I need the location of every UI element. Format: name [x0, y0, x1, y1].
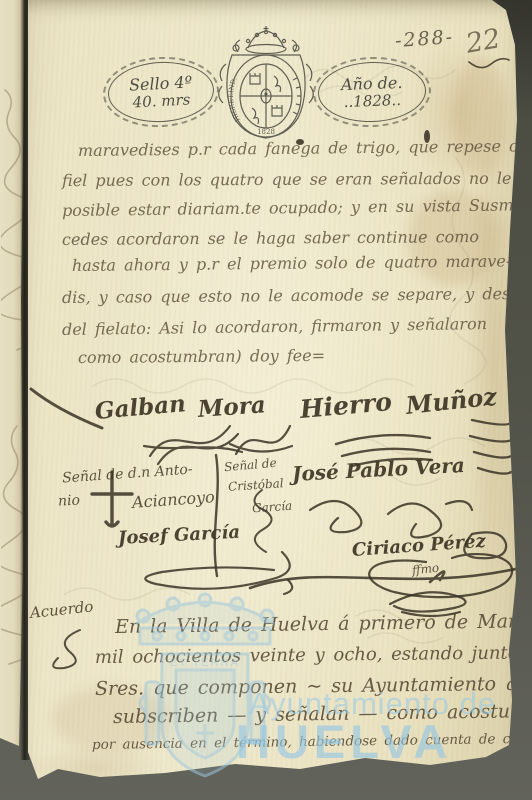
svg-text:HISP.ET.IND.: HISP.ET.IND. — [227, 76, 242, 123]
signature-rubric — [462, 408, 520, 486]
body-line: cedes acordaron se le haga saber continu… — [62, 227, 479, 249]
stamp-band-motto: HISP.ET.IND. — [227, 76, 242, 123]
closing-line: Sres. que componen ~ su Ayuntamiento que — [95, 673, 532, 700]
royal-coat-of-arms-icon: HISP.ET.IND. 1828 — [192, 24, 340, 144]
witness-mark-name: Aciancoyo — [131, 487, 215, 512]
stamp-year-value: ..1828.. — [343, 92, 401, 110]
stamp-sello-text: Sello 4º — [129, 73, 193, 94]
folio-number: -288- — [394, 26, 455, 52]
closing-line: mil ochocientos veinte y ocho, estando j… — [95, 642, 532, 668]
manuscript-page: Sello 4º 40. mrs Año de. ..1828.. — [0, 0, 532, 800]
stamp-maravedis-text: 40. mrs — [132, 91, 191, 110]
witness-mark-label: nio — [58, 492, 81, 509]
stamp-band-year: 1828 — [257, 128, 275, 136]
margin-note-acuerdo: Acuerdo — [29, 597, 94, 622]
stamp-year-label: Año de. — [341, 74, 403, 94]
witness-mark-cross-icon — [86, 466, 138, 532]
closing-line: subscriben — y señalan — como acostumbra… — [113, 700, 532, 728]
photo-background: Sello 4º 40. mrs Año de. ..1828.. — [0, 0, 532, 800]
body-line: fiel pues con los quatro que se eran señ… — [62, 169, 532, 190]
folio-underline-flourish — [466, 52, 512, 70]
body-line: como acostumbran) doy fee= — [78, 346, 325, 367]
body-line: del fielato: Asi lo acordaron, firmaron … — [62, 314, 487, 339]
